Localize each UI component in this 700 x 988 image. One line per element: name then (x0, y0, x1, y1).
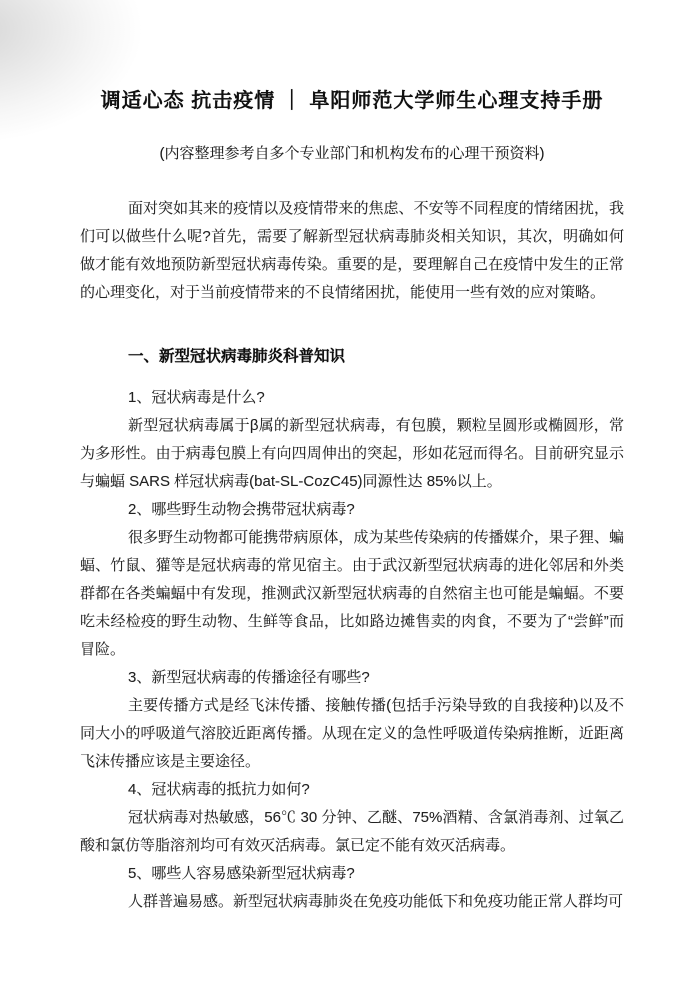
intro-paragraph: 面对突如其来的疫情以及疫情带来的焦虑、不安等不同程度的情绪困扰，我们可以做些什么… (80, 195, 624, 307)
document-page: 调适心态 抗击疫情 ｜ 阜阳师范大学师生心理支持手册 (内容整理参考自多个专业部… (0, 0, 700, 988)
answer-3: 主要传播方式是经飞沫传播、接触传播(包括手污染导致的自我接种)以及不同大小的呼吸… (80, 692, 624, 776)
section-heading: 一、新型冠状病毒肺炎科普知识 (80, 343, 624, 371)
answer-4: 冠状病毒对热敏感，56℃ 30 分钟、乙醚、75%酒精、含氯消毒剂、过氧乙酸和氯… (80, 804, 624, 860)
answer-1: 新型冠状病毒属于β属的新型冠状病毒，有包膜，颗粒呈圆形或椭圆形，常为多形性。由于… (80, 412, 624, 496)
document-title: 调适心态 抗击疫情 ｜ 阜阳师范大学师生心理支持手册 (80, 86, 624, 116)
qa-list: 1、冠状病毒是什么? 新型冠状病毒属于β属的新型冠状病毒，有包膜，颗粒呈圆形或椭… (80, 384, 624, 916)
document-subtitle: (内容整理参考自多个专业部门和机构发布的心理干预资料) (80, 143, 624, 165)
question-3: 3、新型冠状病毒的传播途径有哪些? (80, 664, 624, 692)
question-2: 2、哪些野生动物会携带冠状病毒? (80, 496, 624, 524)
answer-5: 人群普遍易感。新型冠状病毒肺炎在免疫功能低下和免疫功能正常人群均可 (80, 888, 624, 916)
question-4: 4、冠状病毒的抵抗力如何? (80, 776, 624, 804)
question-5: 5、哪些人容易感染新型冠状病毒? (80, 860, 624, 888)
question-1: 1、冠状病毒是什么? (80, 384, 624, 412)
answer-2: 很多野生动物都可能携带病原体，成为某些传染病的传播媒介，果子狸、蝙蝠、竹鼠、獾等… (80, 524, 624, 664)
